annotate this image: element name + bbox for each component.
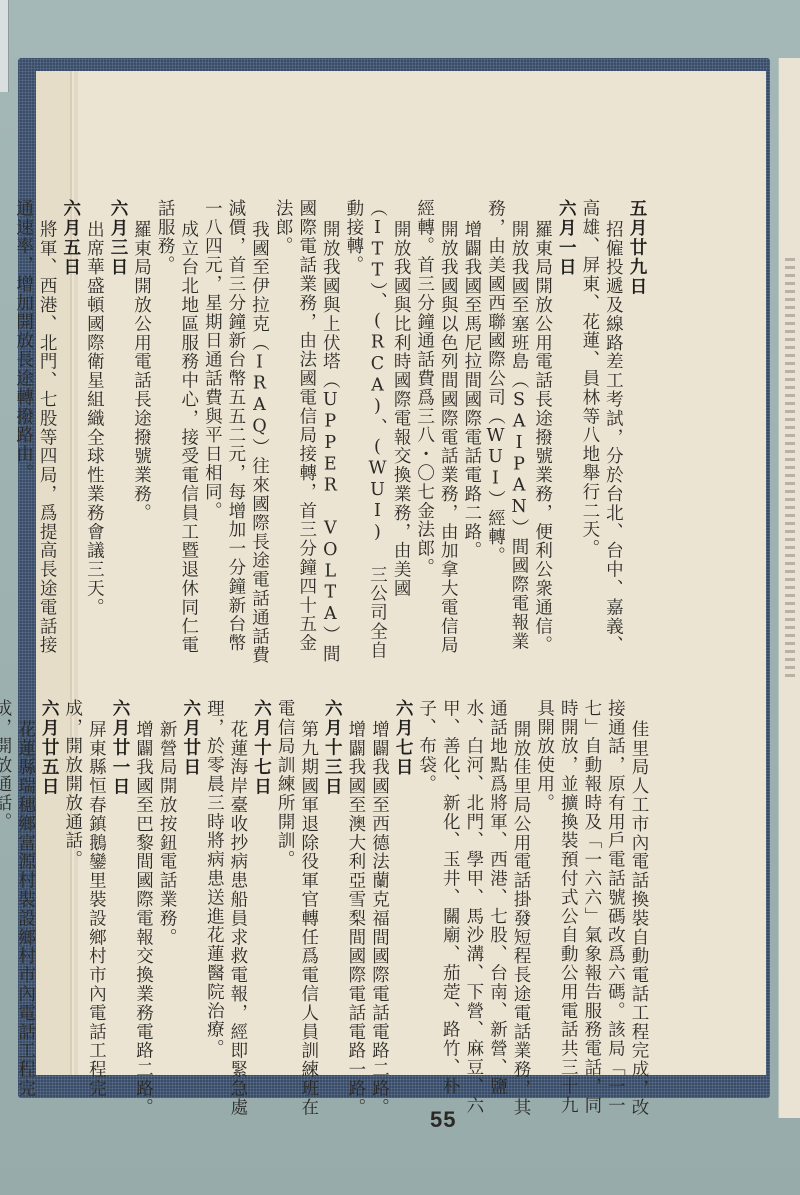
entry-paragraph: 成立台北地區服務中心，接受電信員工暨退休同仁電話服務。: [153, 199, 200, 669]
entry-date: 六月十七日: [249, 699, 273, 1129]
entry-paragraph: 出席華盛頓國際衛星組織全球性業務會議三天。: [82, 199, 106, 669]
entry-paragraph: 我國至伊拉克（IRAQ）往來國際長途電話通話費減價，首三分鐘新台幣五五二元，每增…: [200, 199, 271, 669]
entry-paragraph: 羅東局開放公用電話長途撥號業務。: [129, 199, 153, 669]
entry-date: 五月廿九日: [624, 199, 648, 669]
entry-paragraph: 開放我國與以色列間國際電話業務，由加拿大電信局經轉。首三分鐘通話費爲三八・〇七金…: [412, 199, 459, 669]
entry-paragraph: 增闢我國至馬尼拉間國際電話電路二路。: [459, 199, 483, 669]
entry-date: 六月三日: [105, 199, 129, 669]
entry-date: 六月廿一日: [107, 699, 131, 1129]
entry-paragraph: 增闢我國至巴黎間國際電報交換業務電路二路。: [131, 699, 155, 1129]
entry-paragraph: 羅東局開放公用電話長途撥號業務，便利公衆通信。: [530, 199, 554, 669]
entry-paragraph: 將軍、西港、北門、七股等四局，爲提高長途電話接通速率，增加開放長途轉撥路由。: [11, 199, 58, 669]
entry-paragraph: 花蓮縣瑞穗鄉富源村裝設鄉村市內電話工程完成，開放通話。: [0, 699, 37, 1129]
top-section: 五月廿九日 招僱投遞及線路差工考試，分於台北、台中、嘉義、高雄、屏東、花蓮、員林…: [11, 199, 648, 669]
entry-paragraph: 開放我國與比利時國際電報交換業務，由美國（ITT）、(RCA)、(WUI) 三公…: [341, 199, 412, 669]
entry-paragraph: 增闢我國至澳大利亞雪梨間國際電話電路一路。: [343, 699, 367, 1129]
entry-paragraph: 開放我國與上伏塔（UPPER VOLTA）間國際電話業務，由法國電信局接轉，首三…: [271, 199, 342, 669]
binder-clip: [0, 0, 9, 92]
entry-paragraph: 新營局開放按鈕電話業務。: [155, 699, 179, 1129]
entry-date: 六月十三日: [320, 699, 344, 1129]
entry-date: 六月一日: [554, 199, 578, 669]
entry-paragraph: 佳里局人工市內電話換裝自動電話工程完成，改接通話，原有用戶電話號碼改爲六碼。該局…: [532, 699, 650, 1129]
entry-paragraph: 屏東縣恒春鎮鵝鑾里裝設鄉村市內電話工程完成，開放開放通話。: [60, 699, 107, 1129]
adjacent-page-text: [785, 258, 795, 678]
page-number: 55: [430, 1107, 456, 1133]
adjacent-page-edge: [778, 58, 800, 1118]
entry-paragraph: 開放佳里局公用電話掛發短程長途電話業務，其通話地點爲將軍、西港、七股、台南、新營…: [414, 699, 532, 1129]
bottom-section: 佳里局人工市內電話換裝自動電話工程完成，改接通話，原有用戶電話號碼改爲六碼。該局…: [0, 699, 650, 1129]
entry-paragraph: 增闢我國至西德法蘭克福間國際電話電路二路。: [367, 699, 391, 1129]
entry-date: 六月廿日: [178, 699, 202, 1129]
entry-date: 六月七日: [390, 699, 414, 1129]
book-page: 五月廿九日 招僱投遞及線路差工考試，分於台北、台中、嘉義、高雄、屏東、花蓮、員林…: [36, 71, 766, 1075]
entry-date: 六月廿五日: [37, 699, 61, 1129]
entry-paragraph: 招僱投遞及線路差工考試，分於台北、台中、嘉義、高雄、屏東、花蓮、員林等八地舉行二…: [577, 199, 624, 669]
entry-paragraph: 花蓮海岸臺收抄病患船員求救電報，經即緊急處理，於零晨三時將病患送進花蓮醫院治療。: [202, 699, 249, 1129]
entry-paragraph: 第九期國軍退除役軍官轉任爲電信人員訓練班在電信局訓練所開訓。: [273, 699, 320, 1129]
entry-paragraph: 開放我國至塞班島（SAIPAN）間國際電報業務，由美國西聯國際公司（WUI）經轉…: [483, 199, 530, 669]
entry-date: 六月五日: [58, 199, 82, 669]
